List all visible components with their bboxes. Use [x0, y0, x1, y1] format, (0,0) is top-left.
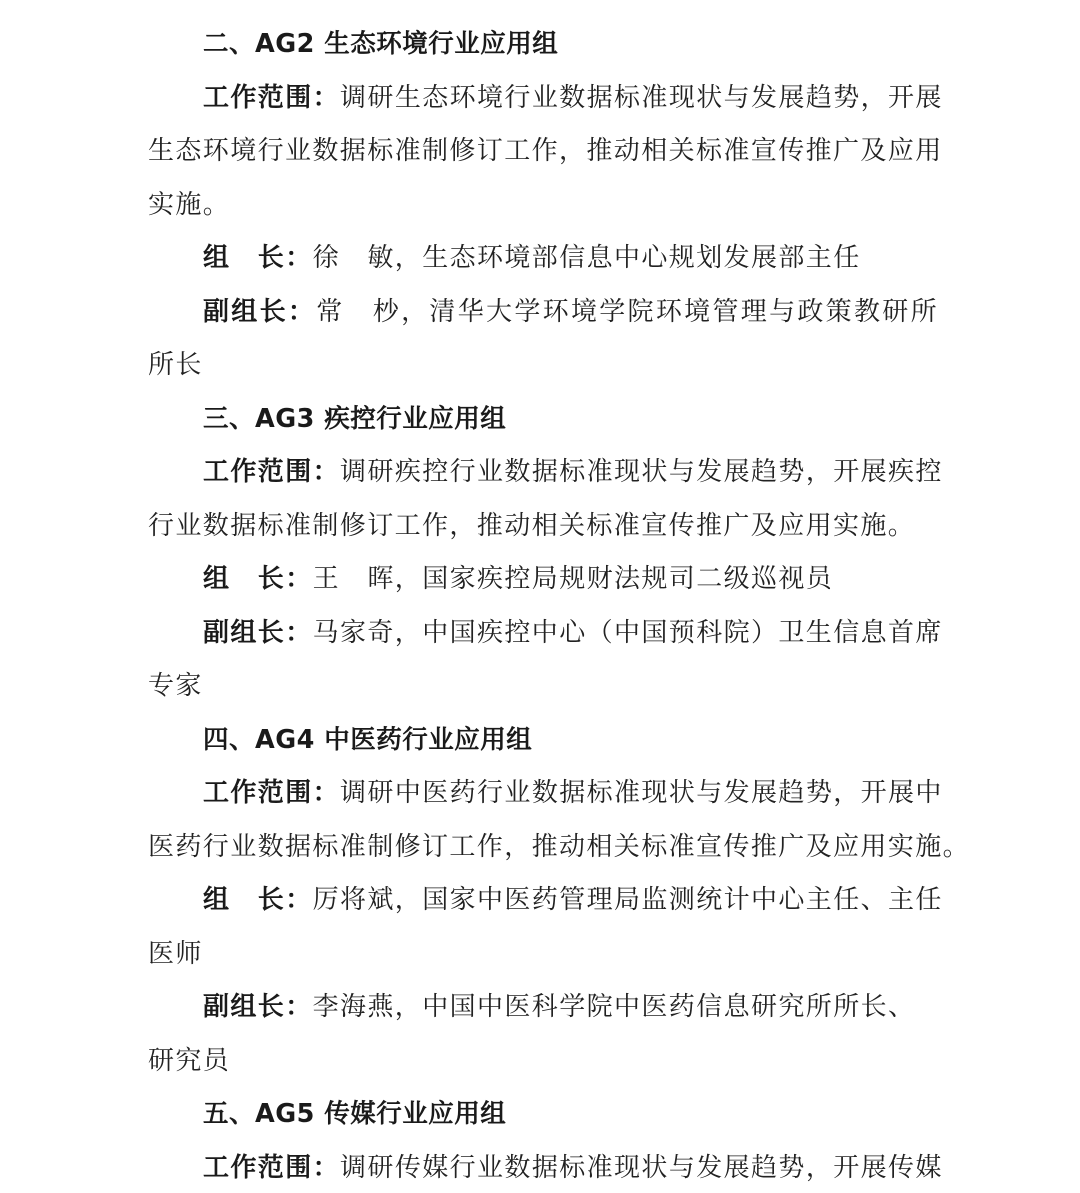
deputy-line: 副组长：马家奇，中国疾控中心（中国预科院）卫生信息首席: [148, 607, 938, 661]
deputy-line: 副组长：李海燕，中国中医科学院中医药信息研究所所长、: [148, 981, 938, 1035]
section-heading-ag5: 五、AG5 传媒行业应用组: [148, 1088, 938, 1142]
scope-line: 医药行业数据标准制修订工作，推动相关标准宣传推广及应用实施。: [148, 821, 938, 875]
leader-label: 组 长：: [203, 243, 313, 273]
scope-line: 工作范围：调研传媒行业数据标准现状与发展趋势，开展传媒: [148, 1142, 938, 1193]
section-heading-ag3: 三、AG3 疾控行业应用组: [148, 393, 938, 447]
scope-text: 调研疾控行业数据标准现状与发展趋势，开展疾控: [340, 457, 943, 487]
scope-line: 行业数据标准制修订工作，推动相关标准宣传推广及应用实施。: [148, 500, 938, 554]
scope-text: 调研中医药行业数据标准现状与发展趋势，开展中: [340, 778, 943, 808]
leader-label: 组 长：: [203, 564, 313, 594]
leader-line: 医师: [148, 928, 938, 982]
deputy-line: 研究员: [148, 1035, 938, 1089]
scope-line: 工作范围：调研疾控行业数据标准现状与发展趋势，开展疾控: [148, 446, 938, 500]
leader-text: 徐 敏，生态环境部信息中心规划发展部主任: [313, 243, 861, 273]
scope-line: 工作范围：调研生态环境行业数据标准现状与发展趋势，开展: [148, 72, 938, 126]
leader-text: 厉将斌，国家中医药管理局监测统计中心主任、主任: [313, 885, 943, 915]
deputy-label: 副组长：: [203, 992, 313, 1022]
scope-label: 工作范围：: [203, 457, 340, 487]
section-heading-ag2: 二、AG2 生态环境行业应用组: [148, 18, 938, 72]
scope-text: 调研生态环境行业数据标准现状与发展趋势，开展: [340, 83, 943, 113]
scope-line: 工作范围：调研中医药行业数据标准现状与发展趋势，开展中: [148, 767, 938, 821]
leader-text: 王 晖，国家疾控局规财法规司二级巡视员: [313, 564, 834, 594]
scope-label: 工作范围：: [203, 778, 340, 808]
deputy-text: 李海燕，中国中医科学院中医药信息研究所所长、: [313, 992, 916, 1022]
deputy-line: 专家: [148, 660, 938, 714]
leader-line: 组 长：王 晖，国家疾控局规财法规司二级巡视员: [148, 553, 938, 607]
scope-label: 工作范围：: [203, 83, 340, 113]
scope-line: 生态环境行业数据标准制修订工作，推动相关标准宣传推广及应用: [148, 125, 938, 179]
leader-line: 组 长：厉将斌，国家中医药管理局监测统计中心主任、主任: [148, 874, 938, 928]
deputy-line: 副组长：常 杪，清华大学环境学院环境管理与政策教研所: [148, 286, 938, 340]
scope-label: 工作范围：: [203, 1153, 340, 1183]
scope-text: 调研传媒行业数据标准现状与发展趋势，开展传媒: [340, 1153, 943, 1183]
deputy-line: 所长: [148, 339, 938, 393]
deputy-label: 副组长：: [203, 297, 316, 327]
leader-label: 组 长：: [203, 885, 313, 915]
leader-line: 组 长：徐 敏，生态环境部信息中心规划发展部主任: [148, 232, 938, 286]
deputy-text: 马家奇，中国疾控中心（中国预科院）卫生信息首席: [313, 618, 943, 648]
deputy-label: 副组长：: [203, 618, 313, 648]
document-page: 二、AG2 生态环境行业应用组 工作范围：调研生态环境行业数据标准现状与发展趋势…: [148, 18, 938, 1193]
deputy-text: 常 杪，清华大学环境学院环境管理与政策教研所: [316, 297, 938, 327]
section-heading-ag4: 四、AG4 中医药行业应用组: [148, 714, 938, 768]
scope-line: 实施。: [148, 179, 938, 233]
